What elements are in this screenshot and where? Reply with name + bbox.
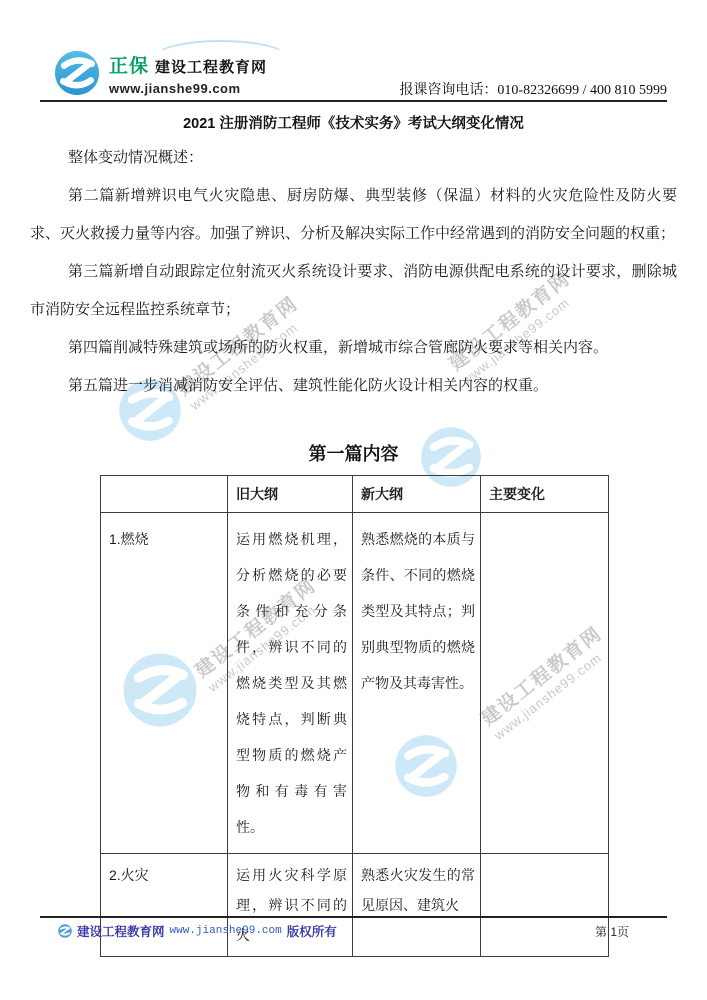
table-row: 2.火灾 运用火灾科学原理，辨识不同的火 熟悉火灾发生的常见原因、建筑火	[101, 854, 609, 957]
zhengbao-logo-icon	[54, 50, 100, 96]
cell-new-syllabus: 熟悉火灾发生的常见原因、建筑火	[353, 854, 481, 957]
column-header-new: 新大纲	[353, 476, 481, 513]
column-header-change: 主要变化	[481, 476, 609, 513]
site-logo: 正保 建设工程教育网 www.jianshe99.com	[54, 50, 267, 96]
logo-arc-decoration	[153, 40, 289, 76]
cell-main-change	[481, 854, 609, 957]
cell-topic: 2.火灾	[101, 854, 228, 957]
syllabus-change-table: 旧大纲 新大纲 主要变化 1.燃烧 运用燃烧机理，分析燃烧的必要条件和充分条件，…	[100, 475, 609, 957]
cell-old-syllabus: 运用燃烧机理，分析燃烧的必要条件和充分条件，辨识不同的燃烧类型及其燃烧特点，判断…	[228, 513, 353, 854]
overview-paragraphs: 整体变动情况概述： 第二篇新增辨识电气火灾隐患、厨房防爆、典型装修（保温）材料的…	[30, 139, 677, 405]
paragraph-overview: 整体变动情况概述：	[30, 139, 677, 177]
column-header-old: 旧大纲	[228, 476, 353, 513]
paragraph-part5: 第五篇进一步消减消防安全评估、建筑性能化防火设计相关内容的权重。	[30, 367, 677, 405]
table-row: 1.燃烧 运用燃烧机理，分析燃烧的必要条件和充分条件，辨识不同的燃烧类型及其燃烧…	[101, 513, 609, 854]
footer-copyright: 版权所有	[287, 922, 337, 940]
brand-name: 正保	[109, 51, 149, 78]
column-header-topic	[101, 476, 228, 513]
footer: 建设工程教育网 www.jianshe99.com 版权所有	[58, 922, 337, 940]
cell-old-syllabus: 运用火灾科学原理，辨识不同的火	[228, 854, 353, 957]
table-header-row: 旧大纲 新大纲 主要变化	[101, 476, 609, 513]
document-page: 建设工程教育网 www.jianshe99.com 建设工程教育网 www.ji…	[0, 0, 707, 1000]
page-number: 第 1页	[595, 923, 629, 940]
paragraph-part3: 第三篇新增自动跟踪定位射流灭火系统设计要求、消防电源供配电系统的设计要求，删除城…	[30, 253, 677, 329]
footer-divider	[40, 916, 667, 918]
section-heading-part1: 第一篇内容	[0, 440, 707, 466]
footer-logo-icon	[58, 924, 72, 938]
document-title: 2021 注册消防工程师《技术实务》考试大纲变化情况	[0, 112, 707, 133]
footer-site-url: www.jianshe99.com	[170, 925, 282, 937]
paragraph-part4: 第四篇削减特殊建筑或场所的防火权重，新增城市综合管廊防火要求等相关内容。	[30, 329, 677, 367]
cell-topic: 1.燃烧	[101, 513, 228, 854]
brand-url: www.jianshe99.com	[109, 81, 267, 96]
header-divider	[40, 100, 667, 102]
paragraph-part2: 第二篇新增辨识电气火灾隐患、厨房防爆、典型装修（保温）材料的火灾危险性及防火要求…	[30, 177, 677, 253]
cell-new-syllabus: 熟悉燃烧的本质与条件、不同的燃烧类型及其特点；判别典型物质的燃烧产物及其毒害性。	[353, 513, 481, 854]
consult-phone-line: 报课咨询电话：010-82326699 / 400 810 5999	[399, 79, 667, 99]
cell-main-change	[481, 513, 609, 854]
footer-site-name: 建设工程教育网	[77, 922, 165, 940]
